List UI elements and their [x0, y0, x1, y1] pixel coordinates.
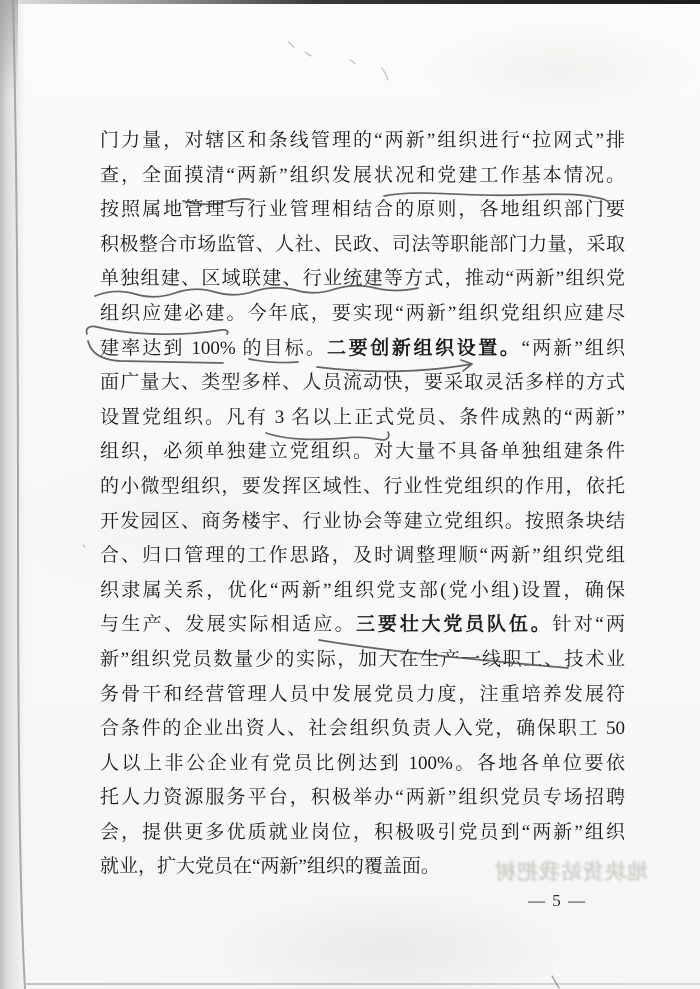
scan-top-edge — [0, 0, 700, 4]
text-line-2: 查，全面摸清“两新”组织发展状况和党建工作基本情况。 — [100, 159, 625, 194]
text-segment: 就业，扩大党员在“两新”组织的覆盖面。 — [100, 856, 440, 877]
speck-icon — [350, 60, 355, 64]
text-segment: 组织，必须单独建立党组织。对大量不具备单独组建条件 — [100, 441, 625, 462]
text-line-5: 单独组建、区域联建、行业统建等方式，推动“两新”组织党 — [100, 262, 625, 297]
text-segment: 合、归口管理的工作思路，及时调整理顺“两新”组织党组 — [100, 545, 625, 566]
bold-heading: 三要壮大党员队伍。 — [356, 614, 553, 635]
text-segment: 积极整合市场监管、人社、民政、司法等职能部门力量，采取 — [100, 234, 625, 255]
text-line-9: 设置党组织。凡有 3 名以上正式党员、条件成熟的“两新” — [100, 401, 625, 436]
text-segment: 织隶属关系，优化“两新”组织党支部(党小组)设置，确保 — [100, 580, 625, 601]
document-body: 门力量，对辖区和条线管理的“两新”组织进行“拉网式”排查，全面摸清“两新”组织发… — [100, 124, 625, 885]
text-segment: 组织应建必建。今年底，要实现“两新”组织党组织应建尽 — [100, 303, 625, 324]
text-segment: 设置党组织。凡有 3 名以上正式党员、条件成熟的“两新” — [100, 407, 625, 428]
speck-icon — [305, 52, 311, 56]
text-segment: 针对“两 — [553, 614, 625, 635]
text-segment: 托人力资源服务平台，积极举办“两新”组织党员专场招聘 — [100, 787, 625, 808]
text-segment: 建率达到 100% 的目标。 — [100, 338, 327, 359]
page-number: — 5 — — [528, 891, 587, 911]
scan-corner-shadow — [0, 0, 18, 95]
text-segment: 与生产、发展实际相适应。 — [100, 614, 356, 635]
text-line-16: 新”组织党员数量少的实际，加大在生产一线职工、技术业 — [100, 643, 625, 678]
text-segment: 查，全面摸清“两新”组织发展状况和党建工作基本情况。 — [100, 165, 625, 186]
speck-icon — [382, 68, 388, 80]
bold-heading: 二要创新组织设置。 — [327, 338, 522, 359]
text-line-6: 组织应建必建。今年底，要实现“两新”组织党组织应建尽 — [100, 297, 625, 332]
scan-left-edge — [0, 0, 26, 989]
text-line-13: 合、归口管理的工作思路，及时调整理顺“两新”组织党组 — [100, 539, 625, 574]
text-segment: 合条件的企业出资人、社会组织负责人入党，确保职工 50 — [100, 718, 625, 739]
text-segment: 会，提供更多优质就业岗位，积极吸引党员到“两新”组织 — [100, 822, 625, 843]
text-segment: 按照属地管理与行业管理相结合的原则，各地组织部门要 — [100, 199, 625, 220]
text-line-8: 面广量大、类型多样、人员流动快，要采取灵活多样的方式 — [100, 366, 625, 401]
text-line-21: 会，提供更多优质就业岗位，积极吸引党员到“两新”组织 — [100, 816, 625, 851]
scanned-page: 门力量，对辖区和条线管理的“两新”组织进行“拉网式”排查，全面摸清“两新”组织发… — [0, 0, 700, 989]
text-segment: 新”组织党员数量少的实际，加大在生产一线职工、技术业 — [100, 649, 625, 670]
text-line-7: 建率达到 100% 的目标。二要创新组织设置。“两新”组织 — [100, 332, 625, 367]
text-line-1: 门力量，对辖区和条线管理的“两新”组织进行“拉网式”排 — [100, 124, 625, 159]
text-line-17: 务骨干和经营管理人员中发展党员力度，注重培养发展符 — [100, 678, 625, 713]
scan-bottom-edge — [26, 983, 700, 985]
text-line-18: 合条件的企业出资人、社会组织负责人入党，确保职工 50 — [100, 712, 625, 747]
text-line-11: 的小微型组织，要发挥区域性、行业性党组织的作用，依托 — [100, 470, 625, 505]
text-segment: 单独组建、区域联建、行业统建等方式，推动“两新”组织党 — [100, 268, 625, 289]
text-segment: 务骨干和经营管理人员中发展党员力度，注重培养发展符 — [100, 684, 625, 705]
bottom-tick-icon — [552, 976, 559, 988]
text-line-19: 人以上非公企业有党员比例达到 100%。各地各单位要依 — [100, 747, 625, 782]
text-line-15: 与生产、发展实际相适应。三要壮大党员队伍。针对“两 — [100, 608, 625, 643]
text-segment: “两新”组织 — [522, 338, 625, 359]
text-line-4: 积极整合市场监管、人社、民政、司法等职能部门力量，采取 — [100, 228, 625, 263]
text-line-14: 织隶属关系，优化“两新”组织党支部(党小组)设置，确保 — [100, 574, 625, 609]
text-segment: 门力量，对辖区和条线管理的“两新”组织进行“拉网式”排 — [100, 130, 625, 151]
text-line-3: 按照属地管理与行业管理相结合的原则，各地组织部门要 — [100, 193, 625, 228]
text-segment: 人以上非公企业有党员比例达到 100%。各地各单位要依 — [100, 753, 625, 774]
text-line-10: 组织，必须单独建立党组织。对大量不具备单独组建条件 — [100, 435, 625, 470]
text-line-12: 开发园区、商务楼宇、行业协会等建立党组织。按照条块结 — [100, 505, 625, 540]
text-segment: 面广量大、类型多样、人员流动快，要采取灵活多样的方式 — [100, 372, 625, 393]
text-segment: 的小微型组织，要发挥区域性、行业性党组织的作用，依托 — [100, 476, 625, 497]
speck-icon — [83, 545, 85, 547]
text-line-20: 托人力资源服务平台，积极举办“两新”组织党员专场招聘 — [100, 781, 625, 816]
bleedthrough-text: 地块货站我把树 — [468, 856, 648, 886]
speck-icon — [288, 42, 294, 48]
text-segment: 开发园区、商务楼宇、行业协会等建立党组织。按照条块结 — [100, 511, 625, 532]
